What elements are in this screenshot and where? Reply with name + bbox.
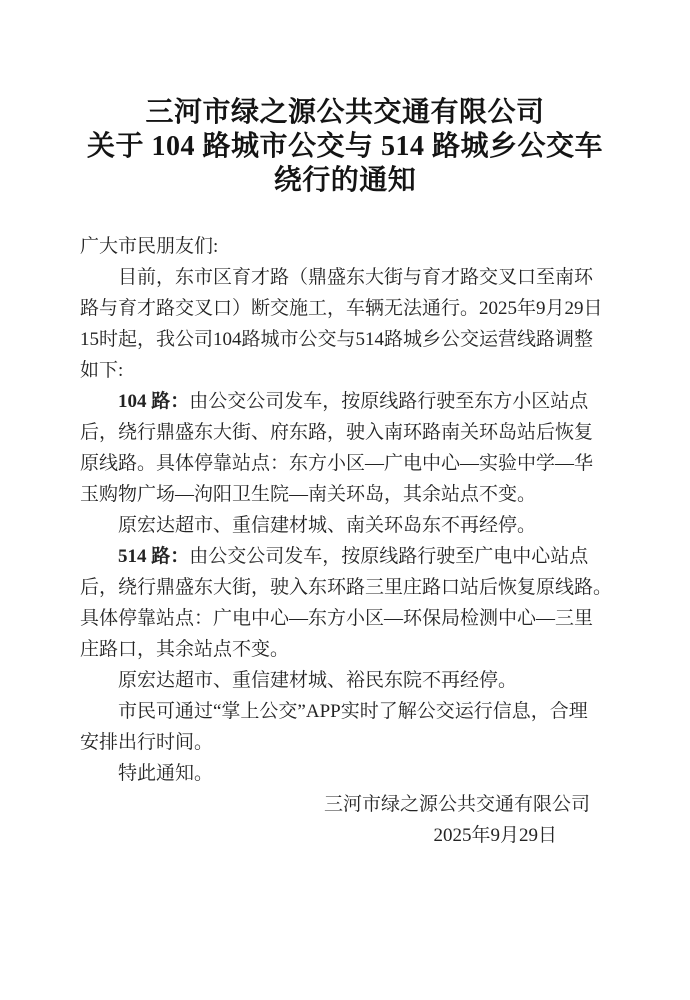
body-line: 具体停靠站点：广电中心—东方小区—环保局检测中心—三里 <box>80 603 610 634</box>
notice-title-line-2: 关于 104 路城市公交与 514 路城乡公交车 <box>80 130 610 164</box>
notice-document-page: 三河市绿之源公共交通有限公司 关于 104 路城市公交与 514 路城乡公交车 … <box>0 0 690 1000</box>
body-line-text: 玉购物广场—泃阳卫生院—南关环岛，其余站点不变。 <box>80 484 536 505</box>
body-line: 原宏达超市、重信建材城、裕民东院不再经停。 <box>80 665 610 696</box>
body-line-text: 市民可通过“掌上公交”APP实时了解公交运行信息，合理 <box>118 701 588 722</box>
notice-title-line-1: 三河市绿之源公共交通有限公司 <box>80 96 610 130</box>
body-line: 庄路口，其余站点不变。 <box>80 634 610 665</box>
body-line: 如下: <box>80 355 610 386</box>
body-line-text: 庄路口，其余站点不变。 <box>80 639 289 660</box>
body-line-text: 目前，东市区育才路（鼎盛东大街与育才路交叉口至南环 <box>118 267 593 288</box>
body-line: 市民可通过“掌上公交”APP实时了解公交运行信息，合理 <box>80 696 610 727</box>
route-label: 104 路： <box>118 391 189 412</box>
body-line-text: 原宏达超市、重信建材城、南关环岛东不再经停。 <box>118 515 536 536</box>
body-line: 玉购物广场—泃阳卫生院—南关环岛，其余站点不变。 <box>80 479 610 510</box>
body-line: 15时起，我公司104路城市公交与514路城乡公交运营线路调整 <box>80 324 610 355</box>
body-line: 514 路：由公交公司发车，按原线路行驶至广电中心站点 <box>80 541 610 572</box>
body-line: 特此通知。 <box>80 758 610 789</box>
body-line: 后，绕行鼎盛东大街、府东路，驶入南环路南关环岛站后恢复 <box>80 417 610 448</box>
body-line-text: 原宏达超市、重信建材城、裕民东院不再经停。 <box>118 670 517 691</box>
body-line-text: 后，绕行鼎盛东大街，驶入东环路三里庄路口站后恢复原线路。 <box>80 577 612 598</box>
body-line-text: 如下: <box>80 360 123 381</box>
notice-body: 广大市民朋友们:目前，东市区育才路（鼎盛东大街与育才路交叉口至南环路与育才路交叉… <box>80 231 610 789</box>
notice-title-line-3: 绕行的通知 <box>80 164 610 198</box>
body-line: 目前，东市区育才路（鼎盛东大街与育才路交叉口至南环 <box>80 262 610 293</box>
body-line-text: 后，绕行鼎盛东大街、府东路，驶入南环路南关环岛站后恢复 <box>80 422 593 443</box>
body-line: 广大市民朋友们: <box>80 231 610 262</box>
notice-document: 三河市绿之源公共交通有限公司 关于 104 路城市公交与 514 路城乡公交车 … <box>0 0 690 851</box>
body-line: 原宏达超市、重信建材城、南关环岛东不再经停。 <box>80 510 610 541</box>
route-label: 514 路： <box>118 546 189 567</box>
notice-title: 三河市绿之源公共交通有限公司 关于 104 路城市公交与 514 路城乡公交车 … <box>80 96 610 198</box>
body-line-text: 15时起，我公司104路城市公交与514路城乡公交运营线路调整 <box>80 329 593 350</box>
body-line-text: 广大市民朋友们: <box>80 236 218 257</box>
body-line-text: 由公交公司发车，按原线路行驶至广电中心站点 <box>189 546 588 567</box>
body-line: 路与育才路交叉口）断交施工，车辆无法通行。2025年9月29日 <box>80 293 610 324</box>
body-line: 原线路。具体停靠站点：东方小区—广电中心—实验中学—华 <box>80 448 610 479</box>
notice-signature: 三河市绿之源公共交通有限公司 2025年9月29日 <box>80 789 610 851</box>
signature-date: 2025年9月29日 <box>80 820 610 851</box>
body-line-text: 原线路。具体停靠站点：东方小区—广电中心—实验中学—华 <box>80 453 593 474</box>
body-line-text: 具体停靠站点：广电中心—东方小区—环保局检测中心—三里 <box>80 608 593 629</box>
body-line: 104 路：由公交公司发车，按原线路行驶至东方小区站点 <box>80 386 610 417</box>
signature-company: 三河市绿之源公共交通有限公司 <box>80 789 610 820</box>
body-line-text: 特此通知。 <box>118 763 213 784</box>
body-line-text: 安排出行时间。 <box>80 732 213 753</box>
body-line: 后，绕行鼎盛东大街，驶入东环路三里庄路口站后恢复原线路。 <box>80 572 610 603</box>
body-line: 安排出行时间。 <box>80 727 610 758</box>
body-line-text: 路与育才路交叉口）断交施工，车辆无法通行。2025年9月29日 <box>80 298 603 319</box>
body-line-text: 由公交公司发车，按原线路行驶至东方小区站点 <box>189 391 588 412</box>
